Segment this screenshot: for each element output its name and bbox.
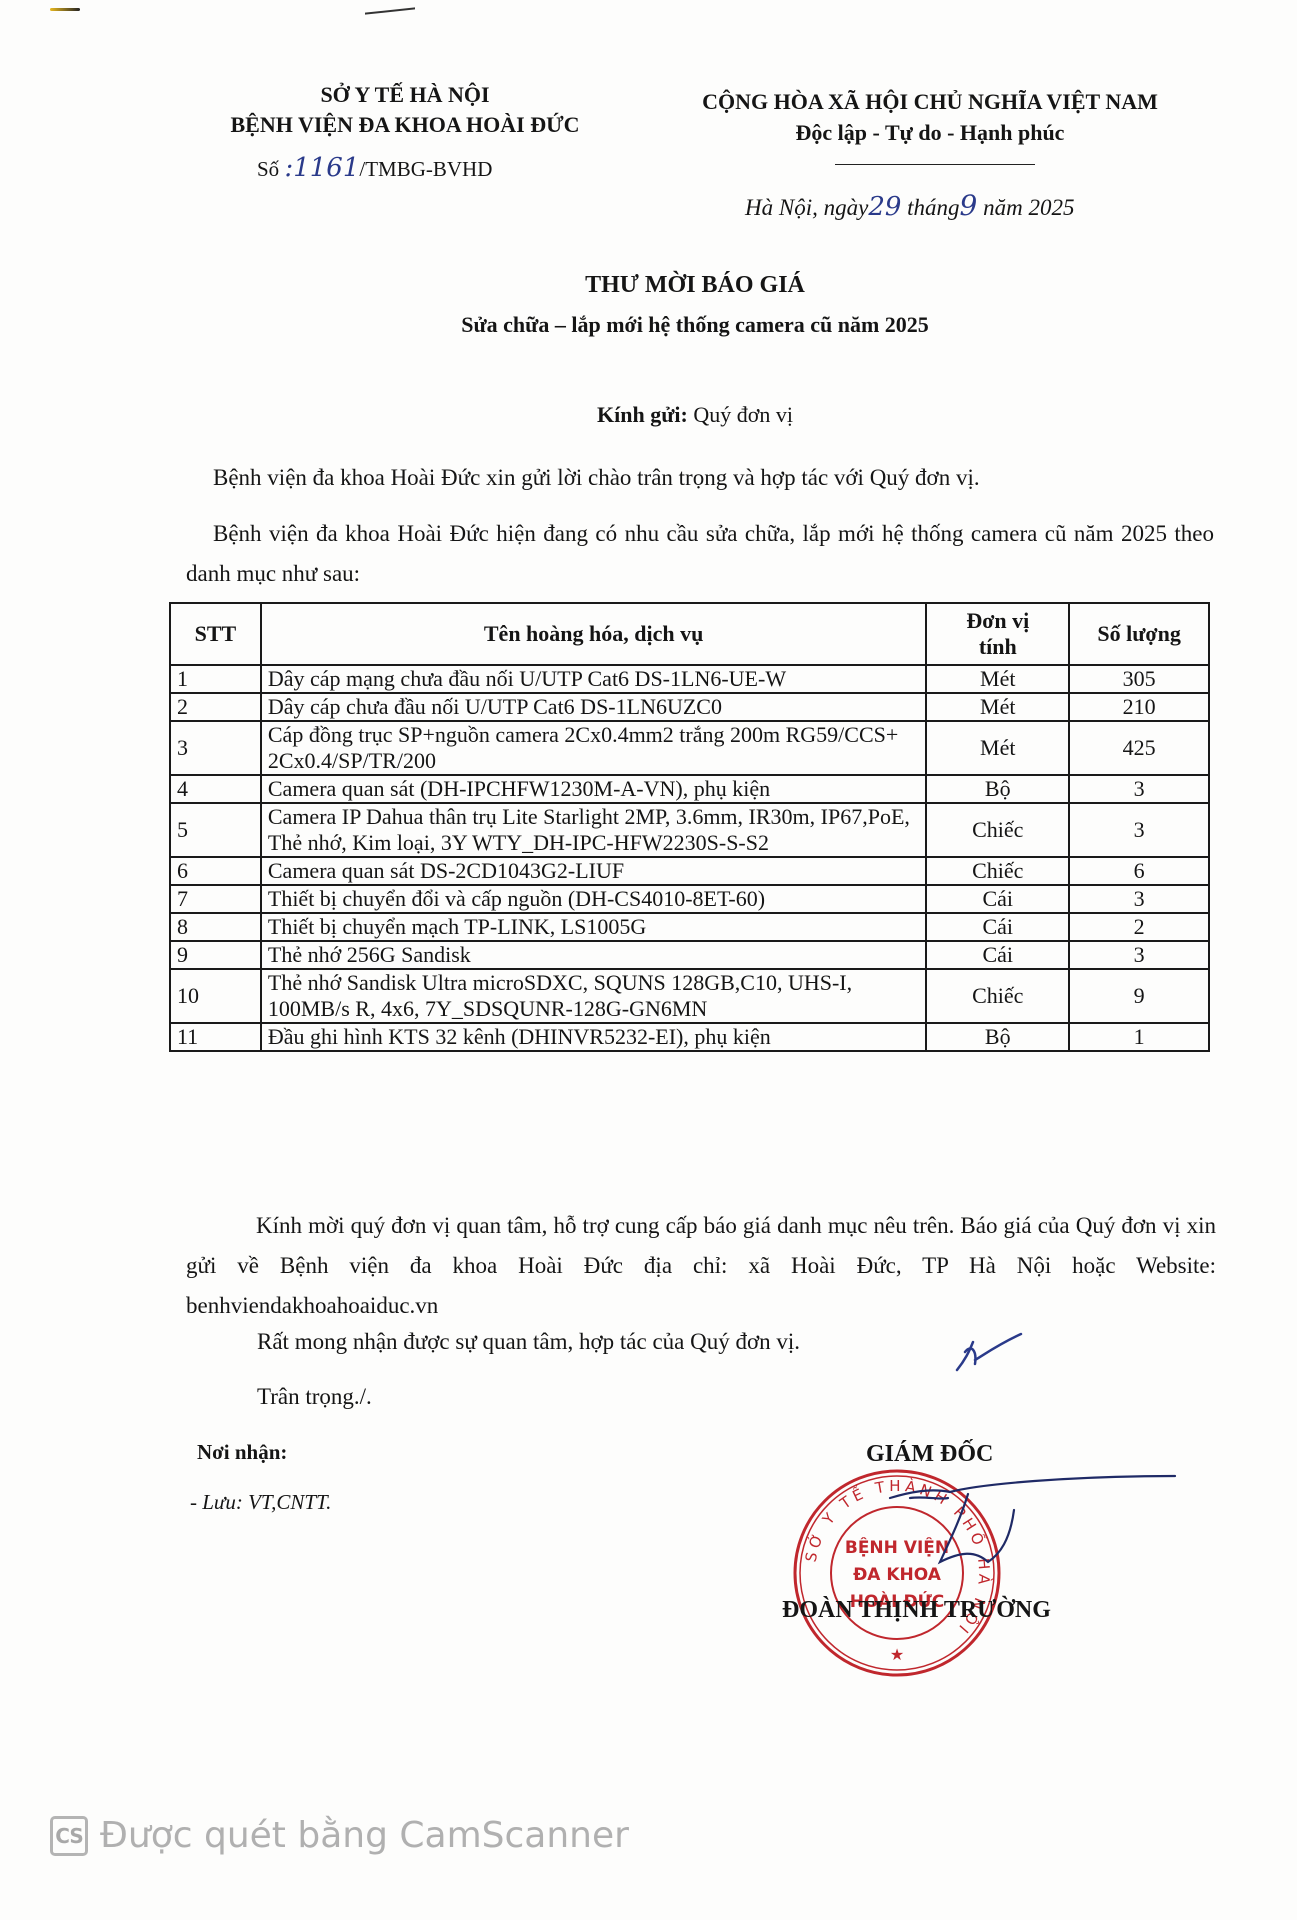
table-row: 4Camera quan sát (DH-IPCHFW1230M-A-VN), … — [170, 775, 1209, 803]
issuer-header: SỞ Y TẾ HÀ NỘI BỆNH VIỆN ĐA KHOA HOÀI ĐỨ… — [170, 80, 640, 140]
cell-unit: Cái — [926, 885, 1069, 913]
cell-unit: Chiếc — [926, 857, 1069, 885]
cell-item-name: Cáp đồng trục SP+nguồn camera 2Cx0.4mm2 … — [261, 721, 926, 775]
cell-item-name: Thiết bị chuyển đổi và cấp nguồn (DH-CS4… — [261, 885, 926, 913]
date-year: năm 2025 — [977, 195, 1074, 220]
cell-unit: Bộ — [926, 1023, 1069, 1051]
national-header: CỘNG HÒA XÃ HỘI CHỦ NGHĨA VIỆT NAM Độc l… — [660, 86, 1200, 148]
cell-unit: Bộ — [926, 775, 1069, 803]
cell-quantity: 3 — [1069, 775, 1209, 803]
cell-item-name: Camera quan sát (DH-IPCHFW1230M-A-VN), p… — [261, 775, 926, 803]
camscanner-watermark: CS Được quét bằng CamScanner — [50, 1815, 629, 1856]
initial-signature-mark — [955, 1330, 1025, 1375]
table-row: 10Thẻ nhớ Sandisk Ultra microSDXC, SQUNS… — [170, 969, 1209, 1023]
cell-quantity: 3 — [1069, 941, 1209, 969]
cell-stt: 6 — [170, 857, 261, 885]
salutation-recipient: Quý đơn vị — [688, 402, 793, 427]
scan-artifact-mark — [50, 8, 80, 11]
table-row: 1Dây cáp mạng chưa đầu nối U/UTP Cat6 DS… — [170, 665, 1209, 693]
table-row: 7Thiết bị chuyển đổi và cấp nguồn (DH-CS… — [170, 885, 1209, 913]
cell-unit: Mét — [926, 665, 1069, 693]
salutation: Kính gửi: Quý đơn vị — [170, 402, 1220, 428]
date-month-label: tháng — [901, 195, 959, 220]
issue-date: Hà Nội, ngày29 tháng9 năm 2025 — [745, 189, 1075, 222]
document-number: Số :1161/TMBG-BVHD — [257, 153, 492, 183]
cell-unit: Chiếc — [926, 969, 1069, 1023]
cell-stt: 4 — [170, 775, 261, 803]
cell-item-name: Thẻ nhớ 256G Sandisk — [261, 941, 926, 969]
national-motto: Độc lập - Tự do - Hạnh phúc — [660, 117, 1200, 148]
cell-item-name: Camera IP Dahua thân trụ Lite Starlight … — [261, 803, 926, 857]
regards-line: Trân trọng./. — [257, 1384, 372, 1410]
recipients-item: - Lưu: VT,CNTT. — [190, 1490, 331, 1515]
cell-quantity: 210 — [1069, 693, 1209, 721]
header-quantity: Số lượng — [1069, 603, 1209, 665]
cell-stt: 5 — [170, 803, 261, 857]
doc-number-suffix: /TMBG-BVHD — [359, 157, 492, 181]
cell-quantity: 425 — [1069, 721, 1209, 775]
signer-name: ĐOÀN THỊNH TRƯỜNG — [782, 1597, 1051, 1624]
table-row: 9Thẻ nhớ 256G SandiskCái3 — [170, 941, 1209, 969]
table-row: 8Thiết bị chuyển mạch TP-LINK, LS1005GCá… — [170, 913, 1209, 941]
cell-quantity: 9 — [1069, 969, 1209, 1023]
table-row: 11Đầu ghi hình KTS 32 kênh (DHINVR5232-E… — [170, 1023, 1209, 1051]
cell-stt: 10 — [170, 969, 261, 1023]
country-name: CỘNG HÒA XÃ HỘI CHỦ NGHĨA VIỆT NAM — [660, 86, 1200, 117]
hospital-name: BỆNH VIỆN ĐA KHOA HOÀI ĐỨC — [170, 110, 640, 140]
camscanner-text: Được quét bằng CamScanner — [100, 1815, 629, 1856]
document-title: THƯ MỜI BÁO GIÁ — [170, 272, 1220, 299]
cell-unit: Mét — [926, 721, 1069, 775]
cell-stt: 2 — [170, 693, 261, 721]
table-row: 3Cáp đồng trục SP+nguồn camera 2Cx0.4mm2… — [170, 721, 1209, 775]
cell-unit: Chiếc — [926, 803, 1069, 857]
cell-unit: Cái — [926, 913, 1069, 941]
cell-item-name: Đầu ghi hình KTS 32 kênh (DHINVR5232-EI)… — [261, 1023, 926, 1051]
header-stt: STT — [170, 603, 261, 665]
cell-item-name: Dây cáp mạng chưa đầu nối U/UTP Cat6 DS-… — [261, 665, 926, 693]
camscanner-logo-icon: CS — [50, 1816, 88, 1856]
director-signature — [870, 1470, 1180, 1600]
cell-stt: 11 — [170, 1023, 261, 1051]
date-prefix: Hà Nội, ngày — [745, 195, 868, 220]
cell-item-name: Thẻ nhớ Sandisk Ultra microSDXC, SQUNS 1… — [261, 969, 926, 1023]
header-unit: Đơn vị tính — [926, 603, 1069, 665]
signer-title: GIÁM ĐỐC — [866, 1441, 993, 1468]
items-table: STT Tên hoàng hóa, dịch vụ Đơn vị tính S… — [169, 602, 1210, 1052]
cell-quantity: 1 — [1069, 1023, 1209, 1051]
cell-quantity: 6 — [1069, 857, 1209, 885]
cell-stt: 8 — [170, 913, 261, 941]
document-subtitle: Sửa chữa – lắp mới hệ thống camera cũ nă… — [170, 312, 1220, 338]
motto-underline — [835, 164, 1035, 165]
greeting-paragraph: Bệnh viện đa khoa Hoài Đức xin gửi lời c… — [213, 458, 1213, 498]
cell-item-name: Dây cáp chưa đầu nối U/UTP Cat6 DS-1LN6U… — [261, 693, 926, 721]
cell-quantity: 305 — [1069, 665, 1209, 693]
table-row: 6Camera quan sát DS-2CD1043G2-LIUFChiếc6 — [170, 857, 1209, 885]
doc-number-handwritten: :1161 — [284, 153, 359, 183]
salutation-label: Kính gửi: — [597, 402, 688, 427]
table-header-row: STT Tên hoàng hóa, dịch vụ Đơn vị tính S… — [170, 603, 1209, 665]
date-month-handwritten: 9 — [960, 189, 978, 222]
cell-stt: 1 — [170, 665, 261, 693]
agency-name: SỞ Y TẾ HÀ NỘI — [170, 80, 640, 110]
scan-artifact-stroke — [365, 0, 415, 15]
cell-quantity: 3 — [1069, 803, 1209, 857]
stamp-star-icon: ★ — [890, 1647, 904, 1664]
cell-unit: Cái — [926, 941, 1069, 969]
cell-stt: 3 — [170, 721, 261, 775]
closing-paragraph: Kính mời quý đơn vị quan tâm, hỗ trợ cun… — [186, 1206, 1216, 1326]
cell-item-name: Camera quan sát DS-2CD1043G2-LIUF — [261, 857, 926, 885]
table-body: 1Dây cáp mạng chưa đầu nối U/UTP Cat6 DS… — [170, 665, 1209, 1051]
cell-quantity: 2 — [1069, 913, 1209, 941]
cell-unit: Mét — [926, 693, 1069, 721]
table-row: 5Camera IP Dahua thân trụ Lite Starlight… — [170, 803, 1209, 857]
table-row: 2Dây cáp chưa đầu nối U/UTP Cat6 DS-1LN6… — [170, 693, 1209, 721]
intro-paragraph: Bệnh viện đa khoa Hoài Đức hiện đang có … — [186, 514, 1214, 594]
recipients-label: Nơi nhận: — [197, 1440, 287, 1465]
cell-quantity: 3 — [1069, 885, 1209, 913]
date-day-handwritten: 29 — [868, 192, 901, 222]
cell-stt: 9 — [170, 941, 261, 969]
header-item-name: Tên hoàng hóa, dịch vụ — [261, 603, 926, 665]
hope-line: Rất mong nhận được sự quan tâm, hợp tác … — [257, 1329, 800, 1355]
doc-number-prefix: Số — [257, 157, 284, 181]
cell-item-name: Thiết bị chuyển mạch TP-LINK, LS1005G — [261, 913, 926, 941]
cell-stt: 7 — [170, 885, 261, 913]
